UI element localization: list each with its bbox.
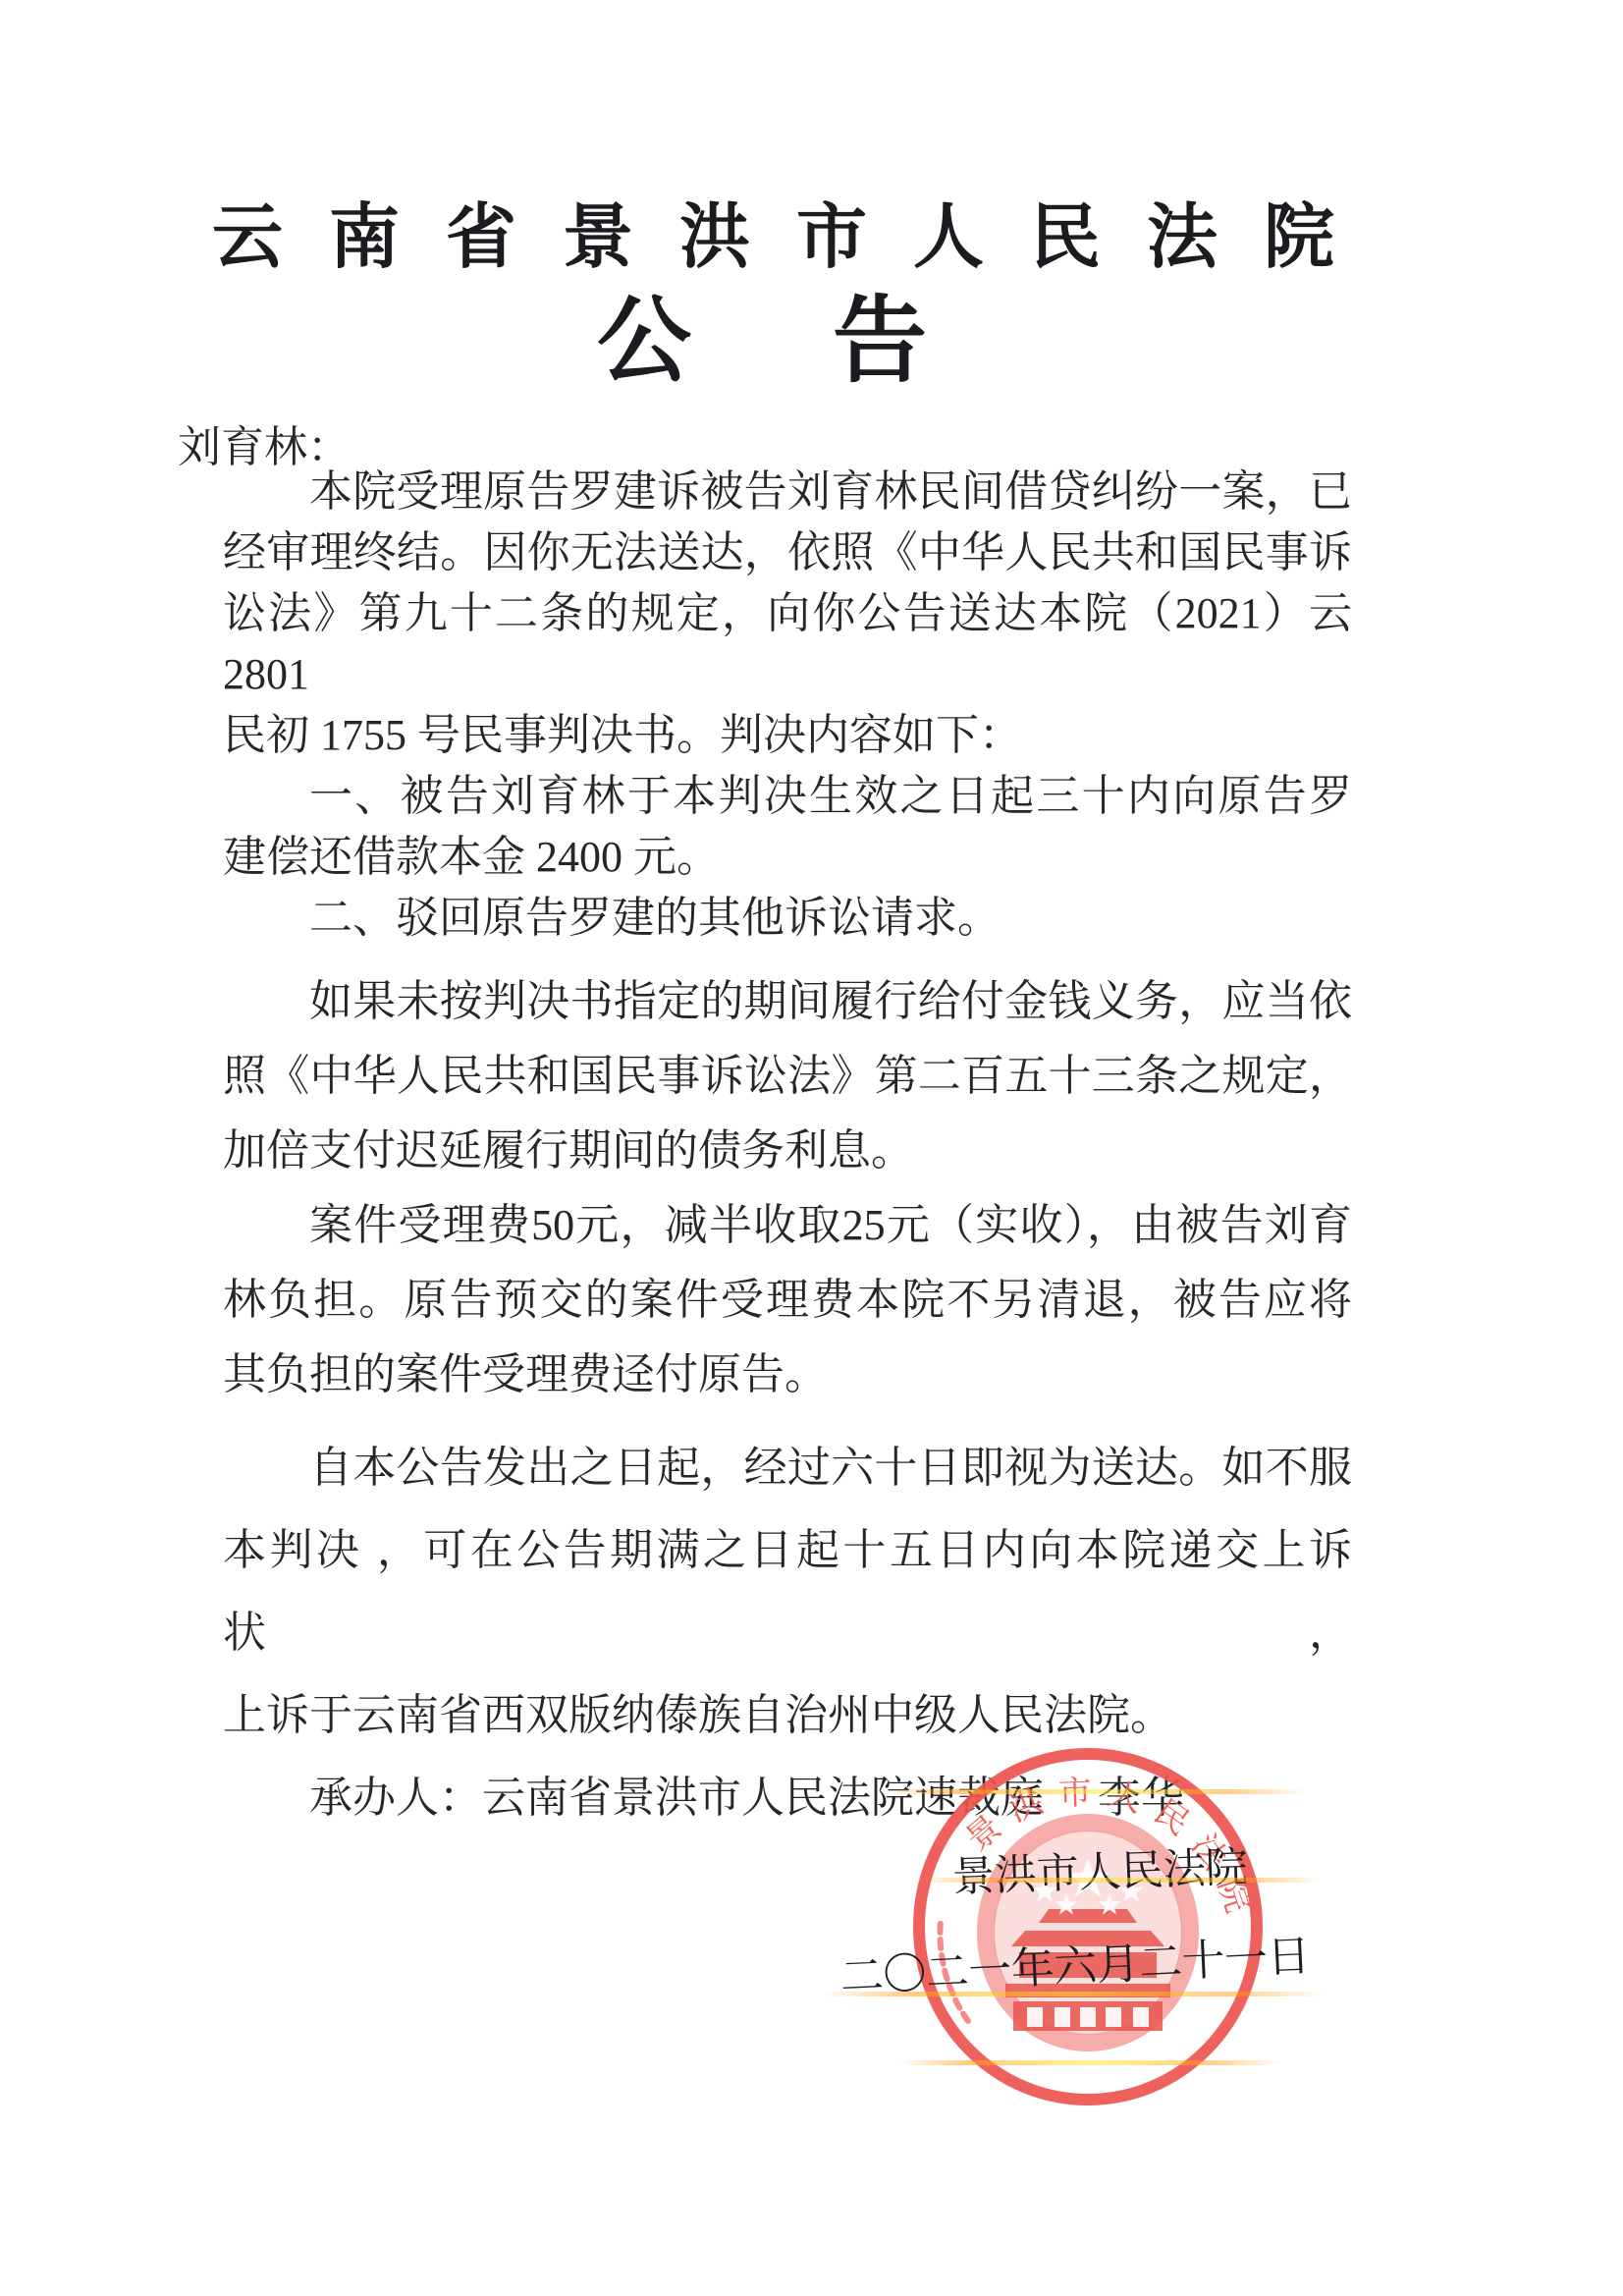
paragraph: 一、被告刘育林于本判决生效之日起三十内向原告罗建偿还借款本金 2400 元。 [223, 766, 1352, 888]
body-line: 其负担的案件受理费迳付原告。 [223, 1338, 1352, 1412]
body-line: 民初 1755 号民事判决书。判决内容如下： [223, 705, 1352, 766]
body-line: 照《中华人民共和国民事诉讼法》第二百五十三条之规定， [223, 1039, 1352, 1114]
body-line: 如果未按判决书指定的期间履行给付金钱义务，应当依 [223, 964, 1352, 1039]
paragraph: 二、驳回原告罗建的其他诉讼请求。 [223, 888, 1352, 949]
doc-title: 公 告 [597, 289, 950, 395]
scan-artifact-streak [823, 1992, 1324, 1996]
paragraph: 自本公告发出之日起，经过六十日即视为送达。如不服本判决 ，可在公告期满之日起十五… [223, 1427, 1352, 1757]
paragraph: 如果未按判决书指定的期间履行给付金钱义务，应当依照《中华人民共和国民事诉讼法》第… [223, 964, 1352, 1188]
body-line: 二、驳回原告罗建的其他诉讼请求。 [223, 888, 1352, 949]
body-line: 林负担。原告预交的案件受理费本院不另清退，被告应将 [223, 1263, 1352, 1338]
scan-artifact-streak [918, 1878, 1321, 1883]
body-line: 讼法》第九十二条的规定，向你公告送达本院（2021）云 2801 [223, 583, 1352, 705]
body-line: 加倍支付迟延履行期间的债务利息。 [223, 1114, 1352, 1188]
scan-artifact-streak [884, 1789, 1306, 1794]
body-line: 本判决 ，可在公告期满之日起十五日内向本院递交上诉状， [223, 1509, 1352, 1674]
body-line: 案件受理费50元，减半收取25元（实收），由被告刘育 [223, 1188, 1352, 1263]
body-line: 一、被告刘育林于本判决生效之日起三十内向原告罗 [223, 766, 1352, 827]
document-body: 本院受理原告罗建诉被告刘育林民间借贷纠纷一案，已经审理终结。因你无法送达，依照《… [223, 462, 1352, 1839]
scan-artifact-streak [898, 2060, 1281, 2065]
court-title: 云南省景洪市人民法院 [212, 196, 1380, 279]
body-line: 本院受理原告罗建诉被告刘育林民间借贷纠纷一案，已 [223, 462, 1352, 522]
announcement-page: 云南省景洪市人民法院 公 告 刘育林： 本院受理原告罗建诉被告刘育林民间借贷纠纷… [0, 0, 1623, 2296]
seal-court-name: 景洪市人民法院 [951, 1844, 1249, 1903]
body-line: 自本公告发出之日起，经过六十日即视为送达。如不服 [223, 1427, 1352, 1509]
body-line: 建偿还借款本金 2400 元。 [223, 827, 1352, 888]
body-line: 经审理终结。因你无法送达，依照《中华人民共和国民事诉 [223, 522, 1352, 583]
paragraph: 案件受理费50元，减半收取25元（实收），由被告刘育林负担。原告预交的案件受理费… [223, 1188, 1352, 1412]
paragraph: 本院受理原告罗建诉被告刘育林民间借贷纠纷一案，已经审理终结。因你无法送达，依照《… [223, 462, 1352, 766]
